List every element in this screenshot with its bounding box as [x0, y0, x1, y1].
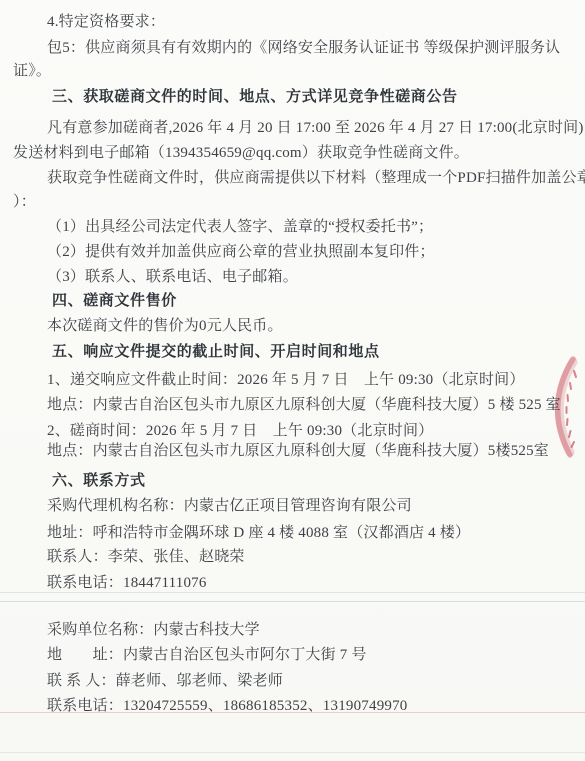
line-specific-qualification: 4.特定资格要求：: [47, 15, 165, 30]
line-document-price: 本次磋商文件的售价为0元人民币。: [47, 319, 283, 334]
line-agency-contacts: 联系人：李荣、张佳、赵晓荣: [47, 550, 245, 565]
line-purchaser-address: 地 址：内蒙古自治区包头市阿尔丁大街 7 号: [47, 648, 367, 663]
document-page: 4.特定资格要求： 包5：供应商须具有有效期内的《网络安全服务认证证书 等级保护…: [0, 0, 585, 761]
heading-section-three: 三、获取磋商文件的时间、地点、方式详见竞争性磋商公告: [52, 89, 458, 104]
scan-artifact-line: [0, 601, 585, 602]
line-obtain-email: 发送材料到电子邮箱（1394354659@qq.com）获取竞争性磋商文件。: [13, 146, 469, 161]
scan-artifact-line: [0, 592, 585, 593]
line-obtain-period: 凡有意参加磋商者,2026 年 4 月 20 日 17:00 至 2026 年 …: [47, 121, 585, 136]
line-agency-name: 采购代理机构名称：内蒙古亿正项目管理咨询有限公司: [47, 499, 412, 514]
line-materials-required: 获取竞争性磋商文件时，供应商需提供以下材料（整理成一个PDF扫描件加盖公章: [47, 171, 585, 186]
line-submission-deadline: 1、递交响应文件截止时间：2026 年 5 月 7 日 上午 09:30（北京时…: [47, 373, 525, 388]
line-item-authorization-letter: （1）出具经公司法定代表人签字、盖章的“授权委托书”；: [47, 220, 433, 235]
line-consultation-location: 地点：内蒙古自治区包头市九原区九原科创大厦（华鹿科技大厦）5楼525室: [47, 444, 549, 459]
line-consultation-time: 2、磋商时间：2026 年 5 月 7 日 上午 09:30（北京时间）: [47, 424, 433, 439]
line-package5-requirement-cont: 证》。: [13, 64, 51, 79]
line-package5-requirement: 包5：供应商须具有有效期内的《网络安全服务认证证书 等级保护测评服务认: [47, 41, 560, 56]
line-agency-phone: 联系电话：18447111076: [47, 576, 207, 591]
line-item-business-license: （2）提供有效并加盖供应商公章的营业执照副本复印件；: [47, 245, 435, 260]
line-purchaser-name: 采购单位名称：内蒙古科技大学: [47, 623, 260, 638]
line-purchaser-phone: 联系电话：13204725559、18686185352、13190749970: [47, 699, 408, 714]
heading-section-six: 六、联系方式: [52, 473, 146, 488]
line-agency-address: 地址：呼和浩特市金隅环球 D 座 4 楼 4088 室（汉都酒店 4 楼）: [47, 526, 470, 541]
scan-artifact-line: [0, 752, 585, 753]
heading-section-five: 五、响应文件提交的截止时间、开启时间和地点: [52, 344, 380, 359]
line-purchaser-contacts: 联 系 人：薛老师、邬老师、梁老师: [47, 674, 283, 689]
line-item-contact-info: （3）联系人、联系电话、电子邮箱。: [47, 270, 298, 285]
heading-section-four: 四、磋商文件售价: [52, 293, 177, 308]
line-submission-location: 地点：内蒙古自治区包头市九原区九原科创大厦（华鹿科技大厦）5 楼 525 室: [47, 398, 561, 413]
line-materials-required-cont: ）：: [13, 195, 36, 210]
